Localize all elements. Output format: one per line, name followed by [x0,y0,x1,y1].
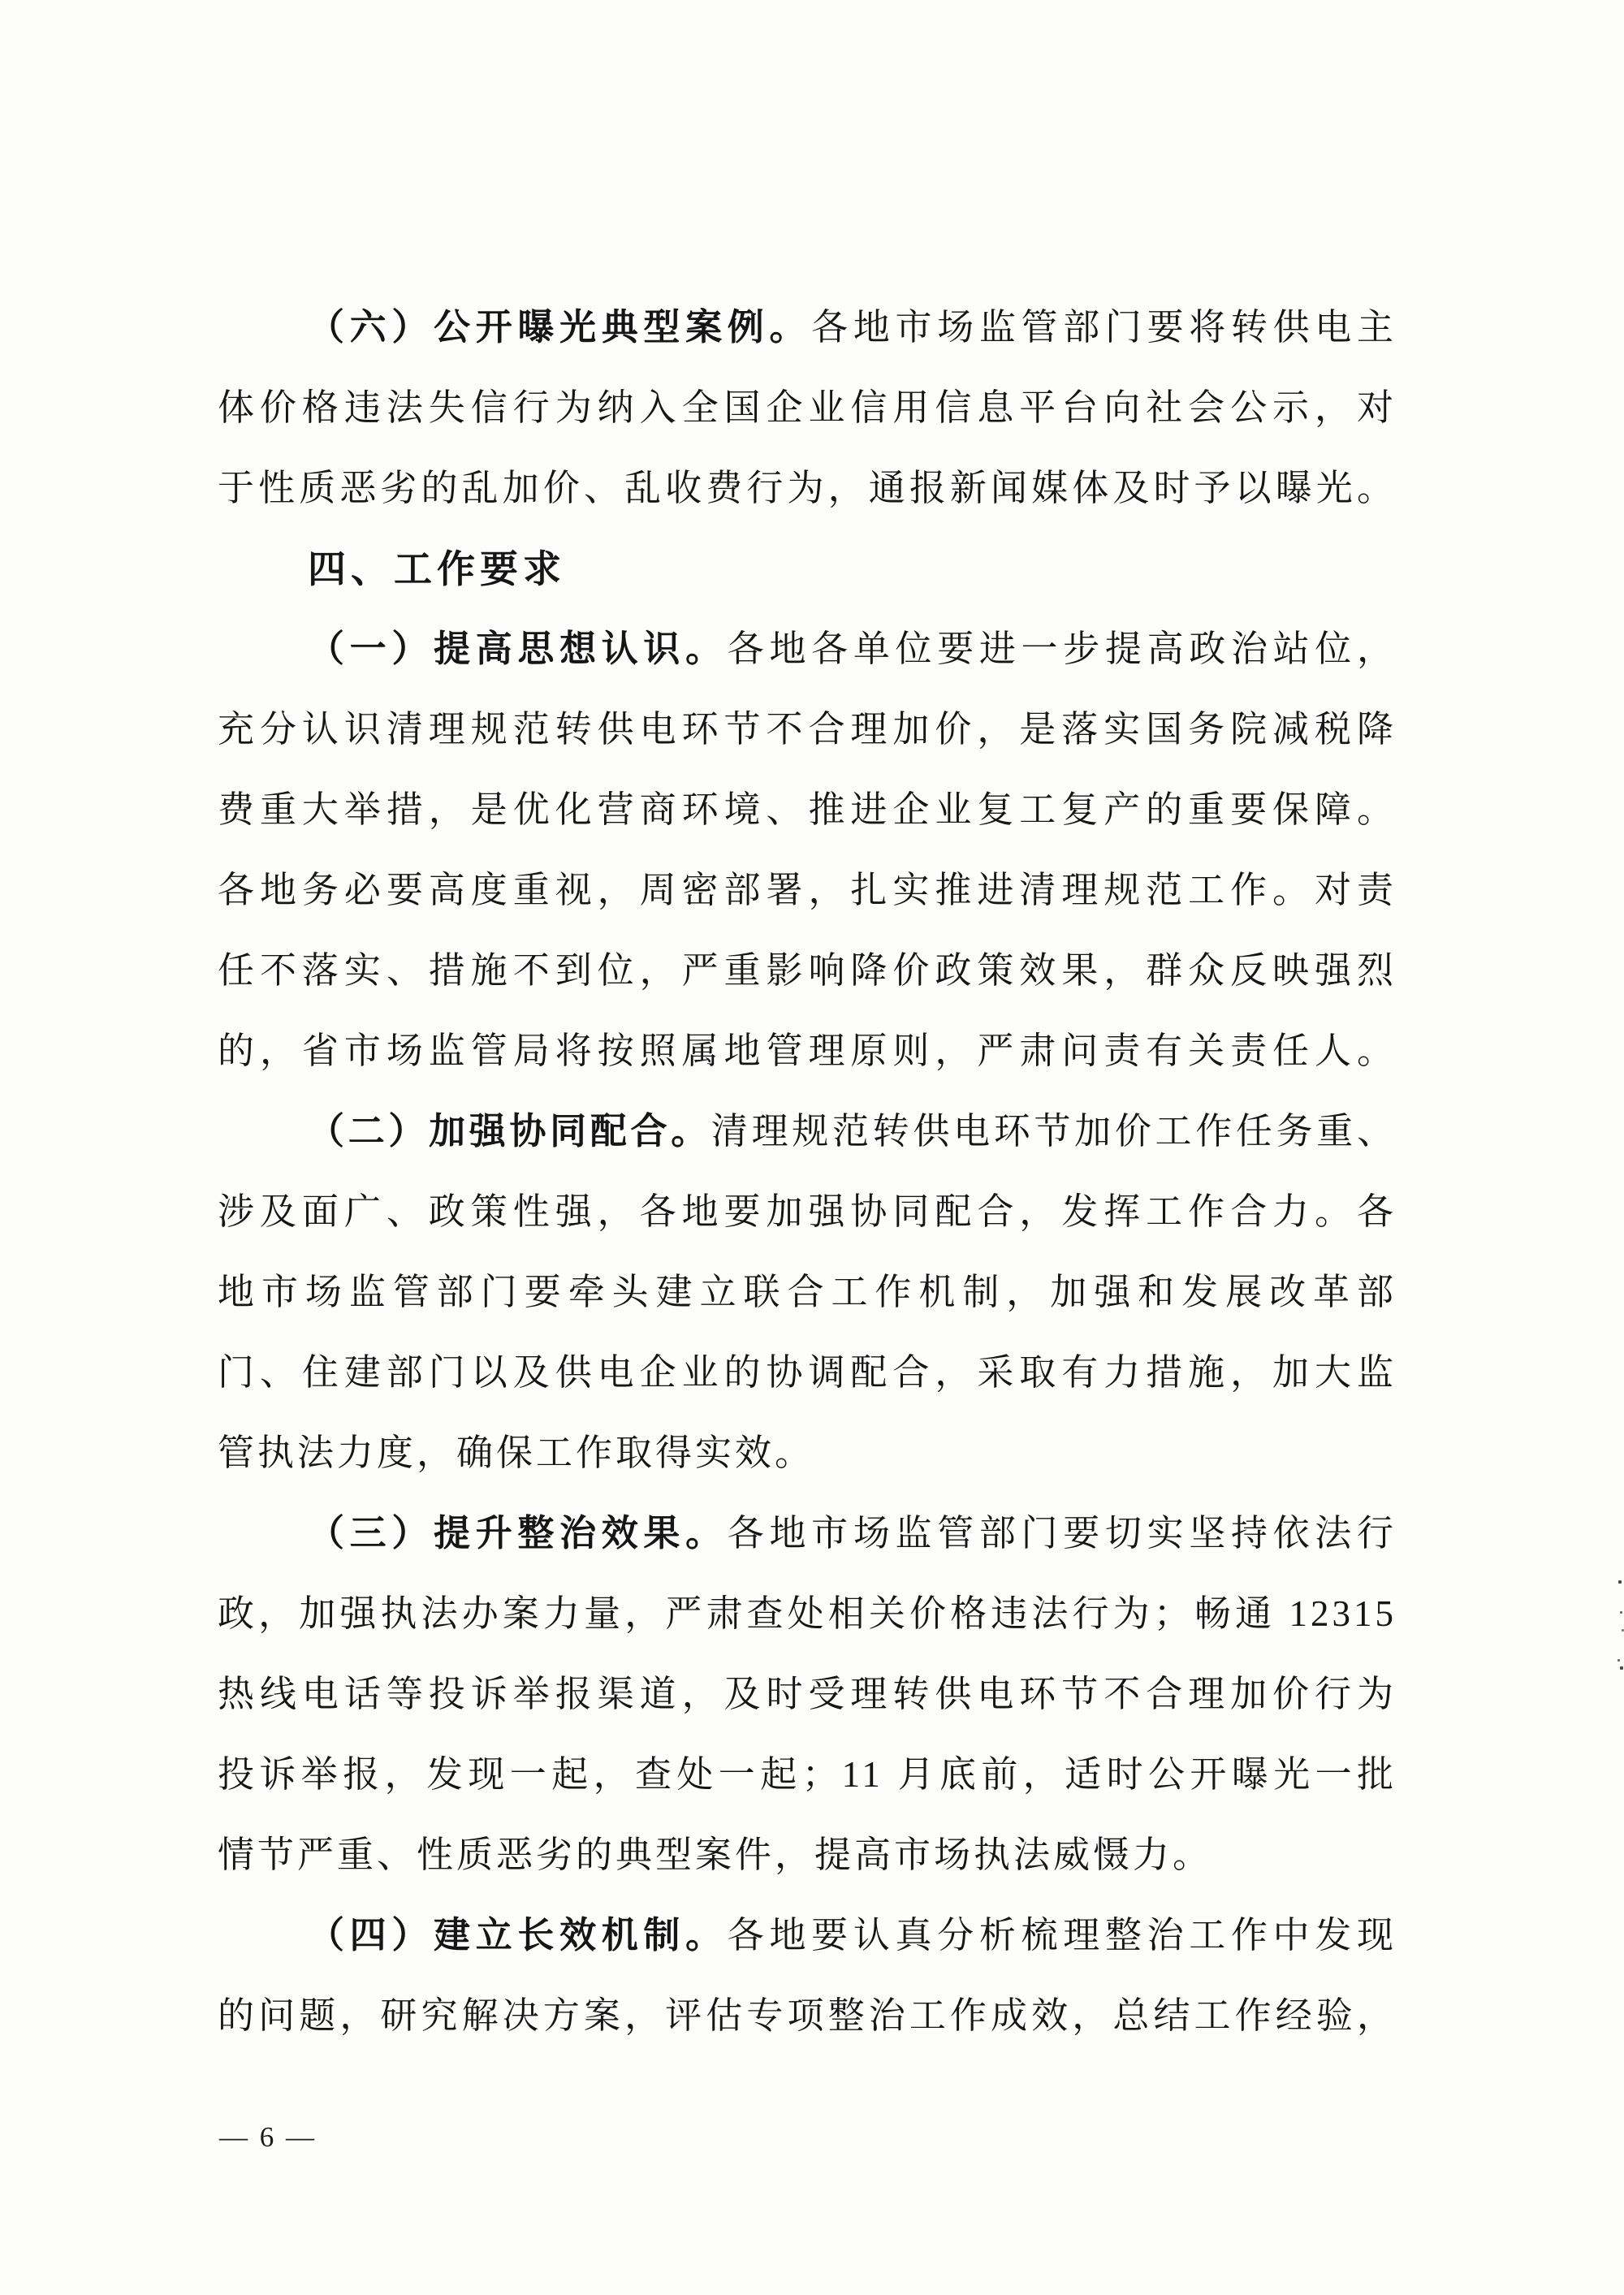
text-line: 情节严重、性质恶劣的典型案件，提高市场执法威慑力。 [218,1815,1397,1895]
text-line: 门、住建部门以及供电企业的协调配合，采取有力措施，加大监 [218,1333,1397,1413]
paragraph-lead: （四）建立长效机制。 [308,1915,728,1956]
line-text: 的问题，研究解决方案，评估专项整治工作成效，总结工作经验， [218,1995,1397,2036]
line-text: 地市场监管部门要牵头建立联合工作机制，加强和发展改革部 [218,1272,1397,1312]
line-text: 充分认识清理规范转供电环节不合理加价，是落实国务院减税降 [218,709,1397,750]
scan-speck [1618,1659,1620,1662]
text-line: 的，省市场监管局将按照属地管理原则，严肃问责有关责任人。 [218,1011,1397,1091]
document-page: （六）公开曝光典型案例。各地市场监管部门要将转供电主体价格违法失信行为纳入全国企… [0,0,1624,2295]
paragraph-lead: （二）加强协同配合。 [308,1111,711,1152]
text-line: 各地务必要高度重视，周密部署，扎实推进清理规范工作。对责 [218,850,1397,931]
document-body: （六）公开曝光典型案例。各地市场监管部门要将转供电主体价格违法失信行为纳入全国企… [218,287,1397,2056]
text-line: 于性质恶劣的乱加价、乱收费行为，通报新闻媒体及时予以曝光。 [218,448,1397,529]
text-line: 投诉举报，发现一起，查处一起；11 月底前，适时公开曝光一批 [218,1735,1397,1815]
line-text: 的，省市场监管局将按照属地管理原则，严肃问责有关责任人。 [218,1031,1397,1071]
paragraph-lead: （六）公开曝光典型案例。 [308,307,811,348]
line-text: 投诉举报，发现一起，查处一起；11 月底前，适时公开曝光一批 [218,1754,1397,1795]
line-text: 各地各单位要进一步提高政治站位， [728,629,1397,669]
line-text: 费重大举措，是优化营商环境、推进企业复工复产的重要保障。 [218,789,1397,830]
scan-speck [1620,1611,1622,1614]
line-text: 清理规范转供电环节加价工作任务重、 [711,1111,1397,1152]
text-line: 任不落实、措施不到位，严重影响降价政策效果，群众反映强烈 [218,931,1397,1011]
line-text: 热线电话等投诉举报渠道，及时受理转供电环节不合理加价行为 [218,1674,1397,1714]
line-text: 管执法力度，确保工作取得实效。 [218,1433,814,1473]
line-text: 于性质恶劣的乱加价、乱收费行为，通报新闻媒体及时予以曝光。 [218,468,1397,508]
line-text: 门、住建部门以及供电企业的协调配合，采取有力措施，加大监 [218,1352,1397,1393]
text-line: 地市场监管部门要牵头建立联合工作机制，加强和发展改革部 [218,1252,1397,1333]
scan-speck [1620,1666,1623,1670]
text-line: 的问题，研究解决方案，评估专项整治工作成效，总结工作经验， [218,1976,1397,2056]
line-text: 各地市场监管部门要切实坚持依法行 [728,1513,1397,1554]
paragraph-lead: 四、工作要求 [308,547,566,590]
section-heading: 四、工作要求 [218,529,1397,609]
text-line: （一）提高思想认识。各地各单位要进一步提高政治站位， [218,609,1397,689]
text-line: （二）加强协同配合。清理规范转供电环节加价工作任务重、 [218,1091,1397,1172]
text-line: （四）建立长效机制。各地要认真分析梳理整治工作中发现 [218,1895,1397,1976]
line-text: 政，加强执法办案力量，严肃查处相关价格违法行为；畅通 12315 [218,1593,1397,1634]
text-line: （三）提升整治效果。各地市场监管部门要切实坚持依法行 [218,1493,1397,1574]
text-line: 体价格违法失信行为纳入全国企业信用信息平台向社会公示，对 [218,368,1397,448]
text-line: 费重大举措，是优化营商环境、推进企业复工复产的重要保障。 [218,770,1397,850]
text-line: 管执法力度，确保工作取得实效。 [218,1413,1397,1493]
text-line: 热线电话等投诉举报渠道，及时受理转供电环节不合理加价行为 [218,1654,1397,1735]
scan-speck [1618,1580,1622,1584]
line-text: 体价格违法失信行为纳入全国企业信用信息平台向社会公示，对 [218,387,1397,428]
line-text: 各地市场监管部门要将转供电主 [811,307,1397,348]
line-text: 各地务必要高度重视，周密部署，扎实推进清理规范工作。对责 [218,870,1397,910]
page-number: — 6 — [219,2121,317,2154]
text-line: 充分认识清理规范转供电环节不合理加价，是落实国务院减税降 [218,689,1397,770]
text-line: （六）公开曝光典型案例。各地市场监管部门要将转供电主 [218,287,1397,368]
text-line: 政，加强执法办案力量，严肃查处相关价格违法行为；畅通 12315 [218,1574,1397,1654]
text-line: 涉及面广、政策性强，各地要加强协同配合，发挥工作合力。各 [218,1172,1397,1252]
line-text: 各地要认真分析梳理整治工作中发现 [728,1915,1397,1956]
paragraph-lead: （一）提高思想认识。 [308,629,728,669]
line-text: 情节严重、性质恶劣的典型案件，提高市场执法威慑力。 [218,1835,1212,1875]
line-text: 涉及面广、政策性强，各地要加强协同配合，发挥工作合力。各 [218,1191,1397,1232]
line-text: 任不落实、措施不到位，严重影响降价政策效果，群众反映强烈 [218,950,1397,991]
paragraph-lead: （三）提升整治效果。 [308,1513,728,1554]
